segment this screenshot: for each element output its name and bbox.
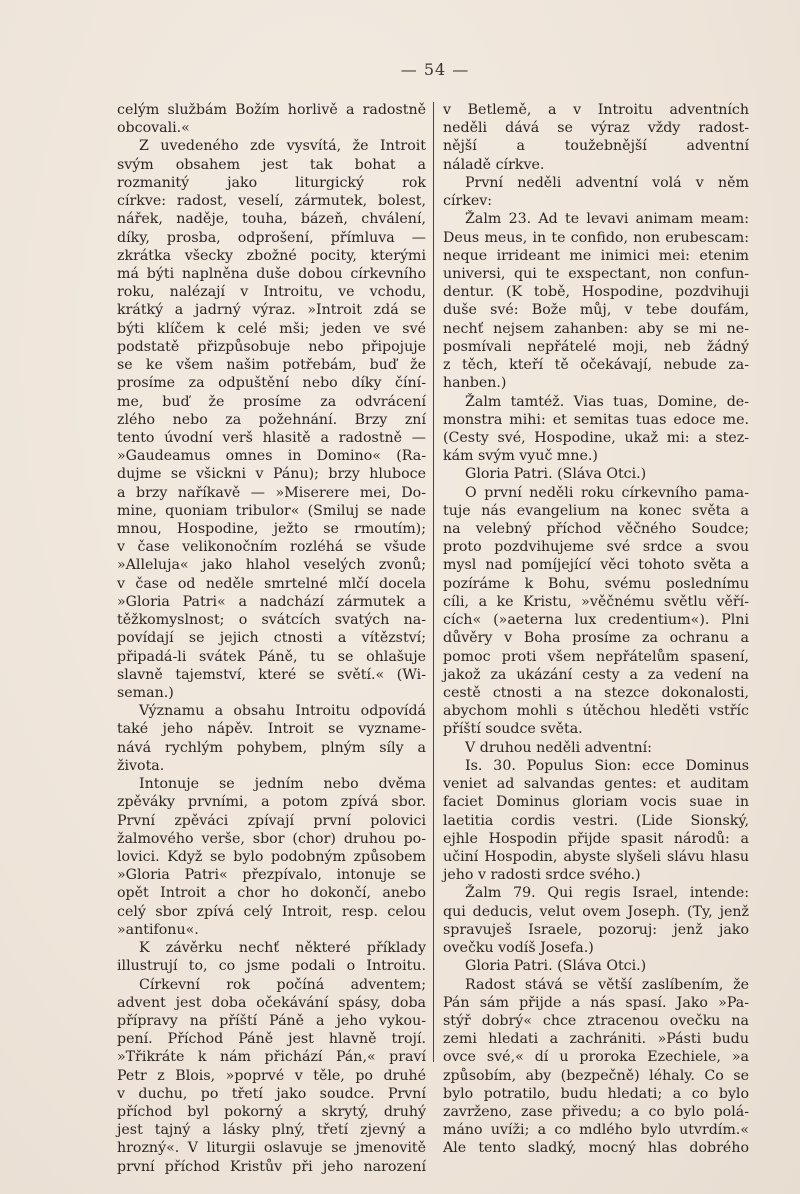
text-line: dentur. (K tobě, Hospodine, pozdvihuji — [443, 283, 749, 301]
text-line: Intonuje se jedním nebo dvěma — [117, 775, 426, 793]
text-line: dujme se všickni v Pánu); brzy hluboce — [117, 465, 426, 483]
text-line: roku, nalézají v Introitu, ve vchodu, — [117, 283, 426, 301]
text-line: příští soudce světa. — [443, 720, 749, 738]
text-line: přípravy na příští Páně a jeho vykou- — [117, 1012, 426, 1030]
text-line: cíli, a ke Kristu, »věčnému světlu věří- — [443, 593, 749, 611]
left-column: celým službám Božím horlivě a radostněob… — [117, 101, 426, 1176]
text-line: spravuješ Israele, pozoruj: jenž jako — [443, 921, 749, 939]
text-line: nechť nejsem zahanben: aby se mi ne- — [443, 320, 749, 338]
text-line: veniet ad salvandas gentes: et auditam — [443, 775, 749, 793]
text-line: příchod byl pokorný a skrytý, druhý — [117, 1103, 426, 1121]
text-line: (Cesty své, Hospodine, ukaž mi: a stez- — [443, 429, 749, 447]
text-line: Významu a obsahu Introitu odpovídá — [117, 702, 426, 720]
text-line: v duchu, po třetí jako soudce. První — [117, 1085, 426, 1103]
text-line: náladě církve. — [443, 156, 749, 174]
text-line: krátký a jadrný výraz. »Introit zdá se — [117, 301, 426, 319]
text-line: tuje nás evangelium na konec světa a — [443, 502, 749, 520]
text-line: Pán sám přijde a nás spasí. Jako »Pa- — [443, 994, 749, 1012]
text-line: seman.) — [117, 684, 426, 702]
text-line: me, buď že prosíme za odvrácení — [117, 393, 426, 411]
text-line: slavně tajemství, které se světí.« (Wi- — [117, 666, 426, 684]
text-line: života. — [117, 757, 426, 775]
text-line: a brzy naříkavě — »Miserere mei, Do- — [117, 484, 426, 502]
text-line: má býti naplněna duše dobou církevního — [117, 265, 426, 283]
text-line: cích« (»aeterna lux credentium«). Plni — [443, 611, 749, 629]
text-line: kám svým vyuč mne.) — [443, 447, 749, 465]
text-line: zkrátka všecky zbožné pocity, kterými — [117, 247, 426, 265]
text-line: se ke všem našim potřebám, buď že — [117, 356, 426, 374]
text-line: V druhou neděli adventní: — [443, 739, 749, 757]
text-line: Ale tento sladký, mocný hlas dobrého — [443, 1139, 749, 1157]
text-line: v Betlemě, a v Introitu adventních — [443, 101, 749, 119]
text-line: mysl nad pomíjející věci tohoto světa a — [443, 556, 749, 574]
text-line: »Gloria Patri« přezpívalo, intonuje se — [117, 866, 426, 884]
text-line: zlého nebo za požehnání. Brzy zní — [117, 411, 426, 429]
text-line: »Alleluja« jako hlahol veselých zvonů; — [117, 556, 426, 574]
text-line: advent jest doba očekávání spásy, doba — [117, 994, 426, 1012]
text-line: hrozný«. V liturgii oslavuje se jmenovit… — [117, 1139, 426, 1157]
text-line: z těch, kteří tě očekávají, nebude za- — [443, 356, 749, 374]
text-line: »antifonu«. — [117, 921, 426, 939]
text-line: »Třikráte k nám přichází Pán,« praví — [117, 1048, 426, 1066]
right-column: v Betlemě, a v Introitu adventníchneděli… — [443, 101, 749, 1158]
text-line: illustrují to, co jsme podali o Introitu… — [117, 957, 426, 975]
text-line: cestě ctnosti a na stezce dokonalosti, — [443, 684, 749, 702]
text-line: zavrženo, zase přivedu; a co bylo polá- — [443, 1103, 749, 1121]
text-line: svým obsahem jest tak bohat a — [117, 156, 426, 174]
text-line: Petr z Blois, »poprvé v těle, po druhé — [117, 1067, 426, 1085]
column-divider — [433, 102, 434, 1062]
text-line: církev: — [443, 192, 749, 210]
text-line: tento úvodní verš hlasitě a radostně — — [117, 429, 426, 447]
text-line: učiní Hospodin, abyste slyšeli slávu hla… — [443, 848, 749, 866]
text-line: monstra mihi: et semitas tuas edoce me. — [443, 411, 749, 429]
text-line: Žalm 23. Ad te levavi animam meam: — [443, 210, 749, 228]
text-line: mnou, Hospodine, ježto se rmoutím); — [117, 520, 426, 538]
text-line: zemi hledati a zachrániti. »Pásti budu — [443, 1030, 749, 1048]
text-line: nější a toužebnější adventní — [443, 137, 749, 155]
text-line: duše své: Bože můj, v tebe doufám, — [443, 301, 749, 319]
text-line: laetitia cordis vestri. (Lide Sionský, — [443, 812, 749, 830]
text-line: obcovali.« — [117, 119, 426, 137]
text-line: jakož za ukázání cesty a za vedení na — [443, 666, 749, 684]
text-line: Církevní rok počíná adventem; — [117, 976, 426, 994]
text-line: Žalm tamtéž. Vias tuas, Domine, de- — [443, 393, 749, 411]
text-line: První zpěváci zpívají první polovici — [117, 812, 426, 830]
text-line: rozmanitý jako liturgický rok — [117, 174, 426, 192]
text-line: celým službám Božím horlivě a radostně — [117, 101, 426, 119]
text-line: pomoc proti všem nepřátelům spasení, — [443, 648, 749, 666]
text-line: proto pozdvihujeme své srdce a svou — [443, 538, 749, 556]
text-line: O první neděli roku církevního pama- — [443, 484, 749, 502]
text-line: K závěrku nechť některé příklady — [117, 939, 426, 957]
text-line: »Gloria Patri« a nadchází zármutek a — [117, 593, 426, 611]
text-line: lovici. Když se bylo podobným způsobem — [117, 848, 426, 866]
text-line: díky, prosba, odprošení, přímluva — — [117, 229, 426, 247]
text-line: universi, qui te exspectant, non confun- — [443, 265, 749, 283]
text-line: ovečku vodíš Josefa.) — [443, 939, 749, 957]
text-line: těžkomyslnost; o svátcích svatých na- — [117, 611, 426, 629]
text-line: prosíme za odpuštění nebo díky číní- — [117, 374, 426, 392]
text-line: žalmového verše, sbor (chor) druhou po- — [117, 830, 426, 848]
text-line: posmívali nepřátelé moji, neb žádný — [443, 338, 749, 356]
text-line: První neděli adventní volá v něm — [443, 174, 749, 192]
text-line: »Gaudeamus omnes in Domino« (Ra- — [117, 447, 426, 465]
text-line: Gloria Patri. (Sláva Otci.) — [443, 465, 749, 483]
text-line: první příchod Kristův při jeho narození — [117, 1158, 426, 1176]
text-line: Radost stává se větší zaslíbením, že — [443, 976, 749, 994]
text-line: v čase velikonočním rozléhá se všude — [117, 538, 426, 556]
text-line: v čase od neděle smrtelné mlčí docela — [117, 575, 426, 593]
text-line: ovce své,« dí u proroka Ezechiele, »a — [443, 1048, 749, 1066]
text-line: povídají se jejich ctnosti a vítězství; — [117, 629, 426, 647]
text-line: bylo potratilo, budu hledati; a co bylo — [443, 1085, 749, 1103]
text-line: pozíráme k Bohu, svému poslednímu — [443, 575, 749, 593]
text-line: Gloria Patri. (Sláva Otci.) — [443, 957, 749, 975]
text-line: mine, quoniam tribulor« (Smiluj se nade — [117, 502, 426, 520]
text-line: celý sbor zpívá celý Introit, resp. celo… — [117, 903, 426, 921]
text-line: zpěváky prvními, a potom zpívá sbor. — [117, 793, 426, 811]
text-line: Žalm 79. Qui regis Israel, intende: — [443, 884, 749, 902]
text-line: hanben.) — [443, 374, 749, 392]
text-line: způsobím, aby (bezpečně) léhaly. Co se — [443, 1067, 749, 1085]
text-line: nářek, naděje, touha, bázeň, chválení, — [117, 210, 426, 228]
text-line: Z uvedeného zde vysvítá, že Introit — [117, 137, 426, 155]
text-line: býti klíčem k celé mši; jeden ve své — [117, 320, 426, 338]
text-line: připadá-li svátek Páně, tu se ohlašuje — [117, 648, 426, 666]
text-line: pení. Příchod Páně jest hlavně trojí. — [117, 1030, 426, 1048]
page-number: — 54 — — [0, 60, 800, 79]
text-line: máno uvíži; a co mdlého bylo utvrdím.« — [443, 1121, 749, 1139]
text-line: jest tajný a lásky plný, třetí zjevný a — [117, 1121, 426, 1139]
text-line: stýř dobrý« chce ztracenou ovečku na — [443, 1012, 749, 1030]
text-line: neque irrideant me inimici mei: etenim — [443, 247, 749, 265]
text-line: ejhle Hospodin přijde spasit národů: a — [443, 830, 749, 848]
text-line: qui deducis, velut ovem Joseph. (Ty, jen… — [443, 903, 749, 921]
text-line: neděli dává se výraz vždy radost- — [443, 119, 749, 137]
text-line: opět Introit a chor ho dokončí, anebo — [117, 884, 426, 902]
text-line: důvěry v Boha prosíme za ochranu a — [443, 629, 749, 647]
text-line: nává rychlým pohybem, plným síly a — [117, 739, 426, 757]
text-line: na velebný příchod věčného Soudce; — [443, 520, 749, 538]
text-line: Is. 30. Populus Sion: ecce Dominus — [443, 757, 749, 775]
text-line: podstatě přizpůsobuje nebo připojuje — [117, 338, 426, 356]
text-line: abychom mohli s útěchou hleděti vstříc — [443, 702, 749, 720]
text-line: také jeho nápěv. Introit se vyzname- — [117, 720, 426, 738]
text-line: faciet Dominus gloriam vocis suae in — [443, 793, 749, 811]
text-line: církve: radost, veselí, zármutek, bolest… — [117, 192, 426, 210]
text-line: Deus meus, in te confido, non erubescam: — [443, 229, 749, 247]
text-line: jeho v radosti srdce svého.) — [443, 866, 749, 884]
